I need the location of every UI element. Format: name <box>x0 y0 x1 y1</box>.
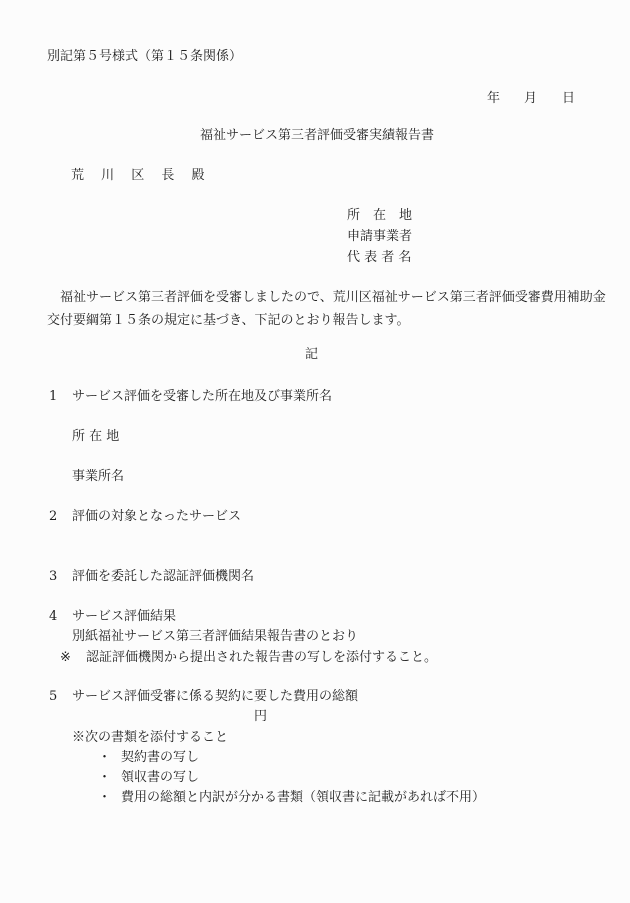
document-title: 福祉サービス第三者評価受審実績報告書 <box>200 128 434 144</box>
section-5-amount-unit: 円 <box>254 709 267 725</box>
section-4-detail: 別紙福祉サービス第三者評価結果報告書のとおり <box>72 629 358 645</box>
section-3-heading: 評価を委託した認証評価機関名 <box>72 569 254 585</box>
section-4-heading: サービス評価結果 <box>72 609 176 625</box>
section-5-attach-note: ※次の書類を添付すること <box>72 730 228 746</box>
form-reference: 別記第５号様式（第１５条関係） <box>47 49 242 65</box>
year-label: 年 <box>487 91 500 107</box>
ki-heading: 記 <box>305 347 318 363</box>
day-label: 日 <box>562 91 575 107</box>
attachment-cost-breakdown: 費用の総額と内訳が分かる書類（領収書に記載があれば不用） <box>121 790 485 806</box>
section-4-note: 認証評価機関から提出された報告書の写しを添付すること。 <box>86 650 437 666</box>
section-5-heading: サービス評価受審に係る契約に要した費用の総額 <box>72 689 358 705</box>
body-text-line1: 福祉サービス第三者評価を受審しましたので、荒川区福祉サービス第三者評価受審費用補… <box>47 290 606 306</box>
section-5-number: 5 <box>49 689 57 705</box>
section-1-number: 1 <box>49 389 57 405</box>
attachment-contract-copy: 契約書の写し <box>121 750 199 766</box>
addressee: 荒 川 区 長 殿 <box>71 168 211 184</box>
section-3-number: 3 <box>49 569 57 585</box>
applicant-representative-label: 代 表 者 名 <box>347 250 411 266</box>
section-2-heading: 評価の対象となったサービス <box>72 509 241 525</box>
body-text-line2: 交付要綱第１５条の規定に基づき、下記のとおり報告します。 <box>47 313 409 329</box>
bullet-3: ・ <box>98 790 111 806</box>
section-1-heading: サービス評価を受審した所在地及び事業所名 <box>72 389 332 405</box>
bullet-2: ・ <box>98 770 111 786</box>
bullet-1: ・ <box>98 750 111 766</box>
applicant-address-label: 所 在 地 <box>347 208 412 224</box>
section-4-number: 4 <box>49 609 57 625</box>
section-1-address-label: 所 在 地 <box>72 429 119 445</box>
section-1-office-name-label: 事業所名 <box>72 469 124 485</box>
section-2-number: 2 <box>49 509 57 525</box>
month-label: 月 <box>524 91 537 107</box>
applicant-business-label: 申請事業者 <box>347 229 412 245</box>
section-4-note-mark: ※ <box>60 650 71 666</box>
attachment-receipt-copy: 領収書の写し <box>121 770 199 786</box>
